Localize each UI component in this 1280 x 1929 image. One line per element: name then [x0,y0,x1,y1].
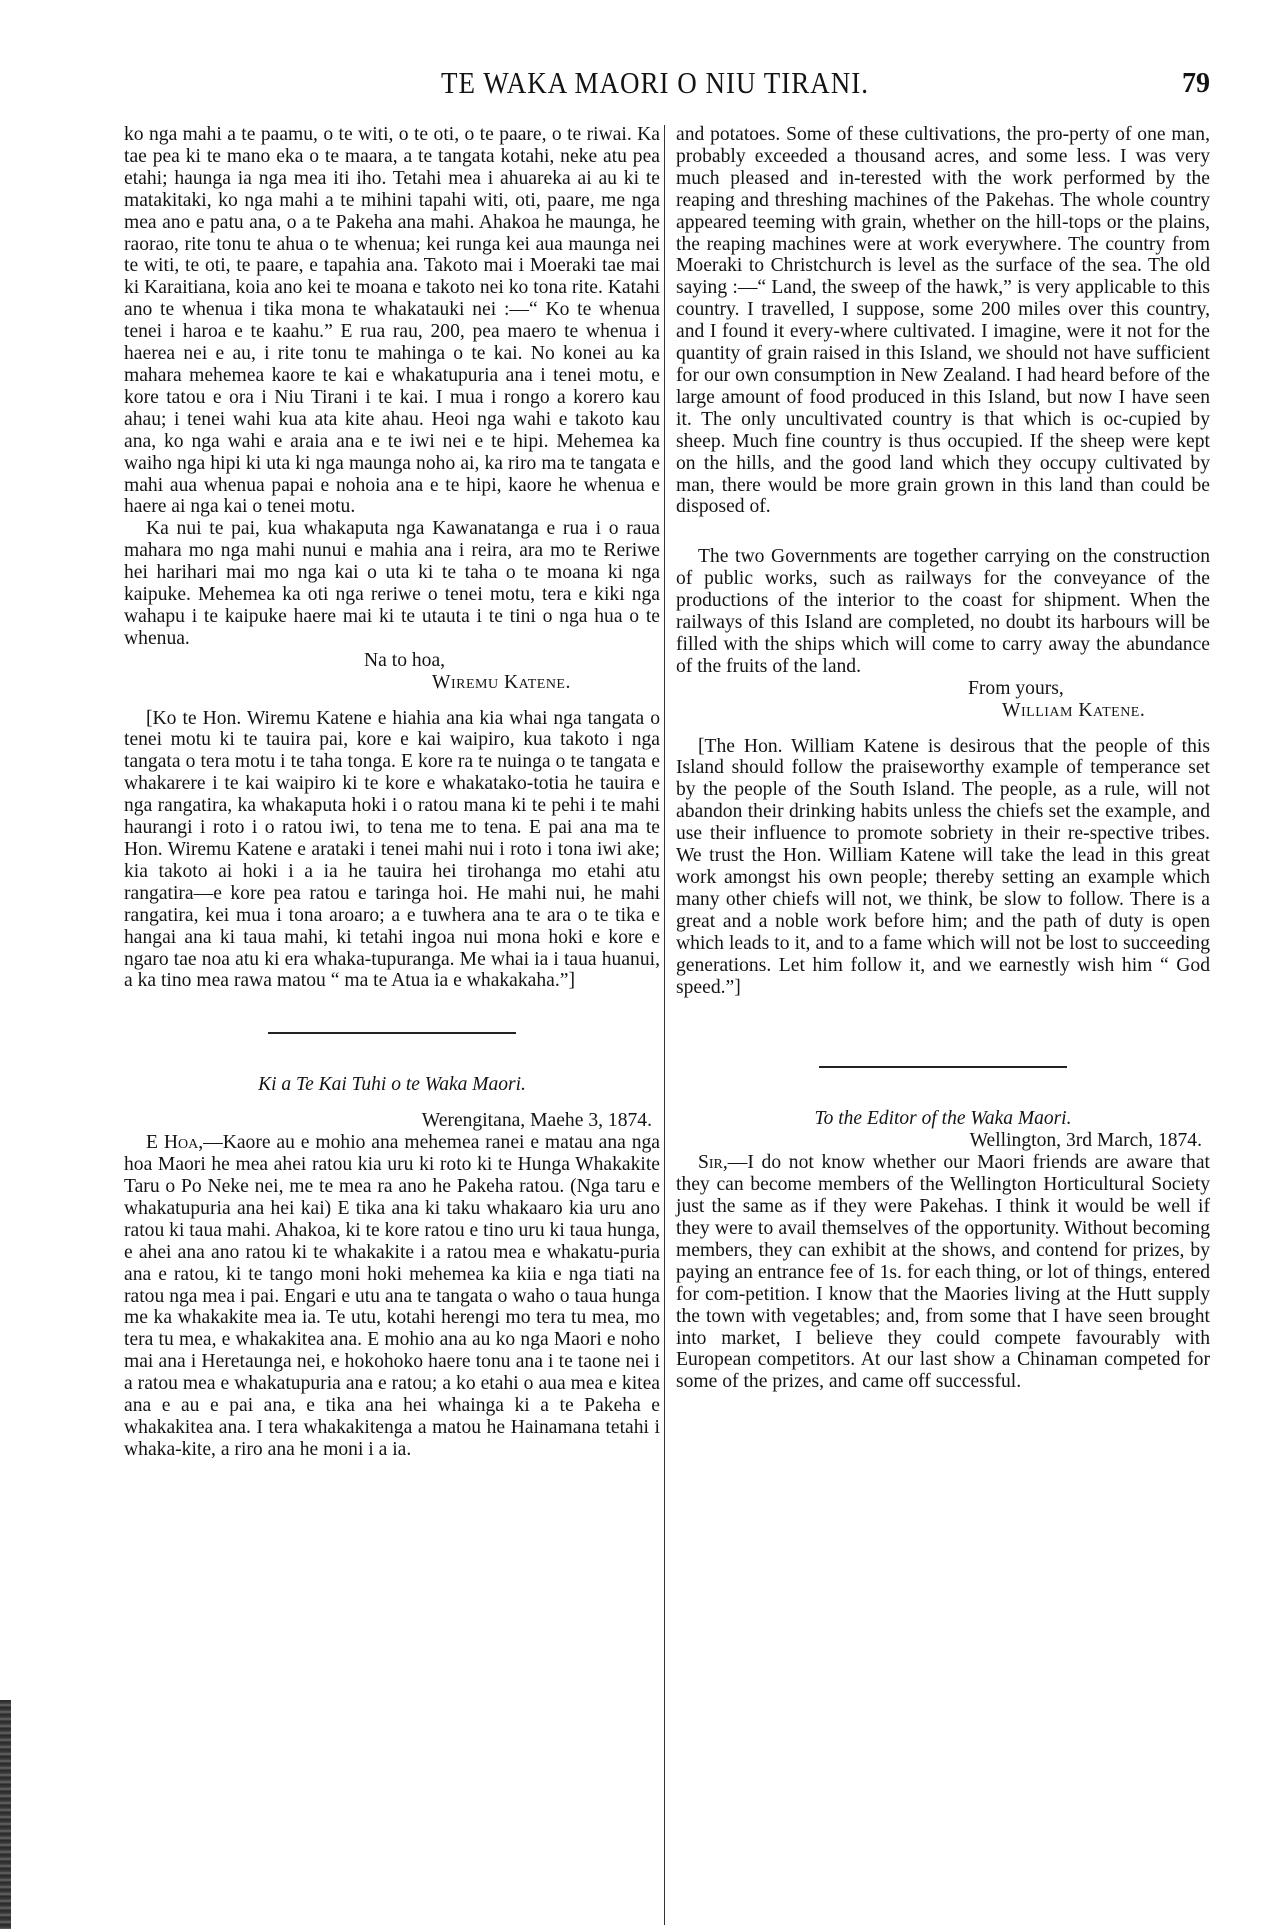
letter-horticultural-maori: Ki a Te Kai Tuhi o te Waka Maori. Wereng… [124,1074,660,1460]
closing-line: Na to hoa, [124,650,660,672]
letter-paragraph: and potatoes. Some of these cultivations… [676,124,1210,518]
letter-horticultural-english: To the Editor of the Waka Maori. Welling… [676,1108,1210,1393]
letter-dateline: Werengitana, Maehe 3, 1874. [124,1110,660,1132]
signature: Wiremu Katene. [124,672,660,694]
column-divider [664,125,665,1925]
letter-signoff: From yours, William Katene. [676,678,1210,722]
letter-katene-maori: ko nga mahi a te paamu, o te witi, o te … [124,124,660,694]
letter-signoff: Na to hoa, Wiremu Katene. [124,650,660,694]
letter-body-text: —Kaore au e mohio ana mehemea ranei e ma… [124,1132,660,1460]
signature: William Katene. [676,700,1210,722]
letter-body: Sir,—I do not know whether our Maori fri… [676,1152,1210,1393]
salutation: E Hoa, [146,1132,203,1153]
right-column-english: and potatoes. Some of these cultivations… [676,124,1210,1393]
salutation: Sir, [698,1152,728,1173]
letter-body-text: —I do not know whether our Maori friends… [676,1152,1210,1392]
left-column-maori: ko nga mahi a te paamu, o te witi, o te … [124,124,660,1461]
letter-paragraph: Ka nui te pai, kua whakaputa nga Kawanat… [124,518,660,649]
letter-heading: Ki a Te Kai Tuhi o te Waka Maori. [124,1074,660,1096]
editorial-note-english: [The Hon. William Katene is desirous tha… [676,736,1210,999]
editorial-note-maori: [Ko te Hon. Wiremu Katene e hiahia ana k… [124,708,660,993]
letter-paragraph: ko nga mahi a te paamu, o te witi, o te … [124,124,660,518]
newspaper-title: TE WAKA MAORI O NIU TIRANI. [100,66,1210,101]
page-number: 79 [1182,68,1210,100]
letter-katene-english: and potatoes. Some of these cultivations… [676,124,1210,722]
closing-line: From yours, [676,678,1210,700]
letter-body: E Hoa,—Kaore au e mohio ana mehemea rane… [124,1132,660,1461]
letter-paragraph: The two Governments are together carryin… [676,546,1210,677]
letter-heading: To the Editor of the Waka Maori. [676,1108,1210,1130]
page-header: TE WAKA MAORI O NIU TIRANI. 79 [100,66,1210,106]
scan-edge-artifact [0,1700,11,1929]
letter-dateline: Wellington, 3rd March, 1874. [676,1130,1210,1152]
